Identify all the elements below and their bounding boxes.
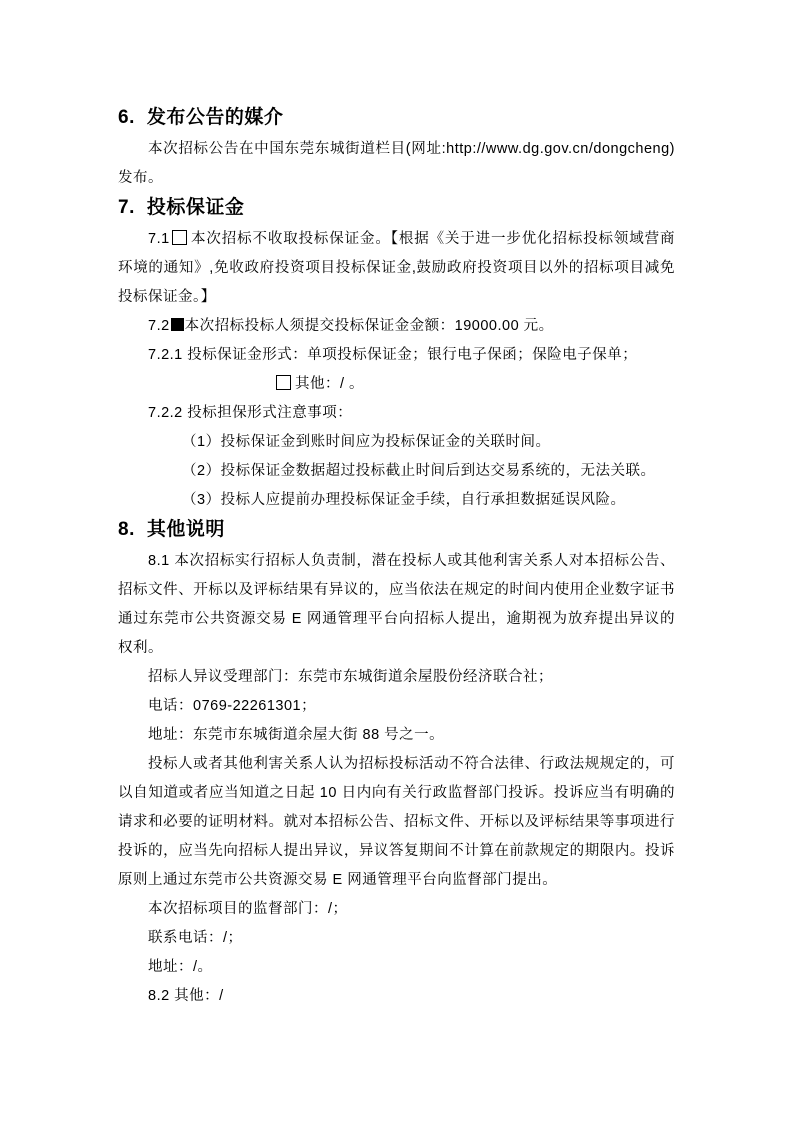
address-line: 地址：东莞市东城街道余屋大街 88 号之一。	[118, 721, 675, 750]
section-7-title: 投标保证金	[147, 197, 245, 218]
list-item-3: （3）投标人应提前办理投标保证金手续，自行承担数据延误风险。	[118, 486, 675, 515]
complaint-paragraph: 投标人或者其他利害关系人认为招标投标活动不符合法律、行政法规规定的，可以自知道或…	[118, 750, 675, 895]
section-7-number: 7.	[118, 197, 135, 218]
section-8-heading: 8.其他说明	[118, 515, 675, 545]
clause-8-2: 8.2 其他：/	[118, 982, 675, 1011]
phone-line: 电话：0769-22261301；	[118, 692, 675, 721]
clause-8-1: 8.1 本次招标实行招标人负责制，潜在投标人或其他利害关系人对本招标公告、招标文…	[118, 547, 675, 663]
clause-7-2-number: 7.2	[148, 318, 170, 334]
list-item-1: （1）投标保证金到账时间应为投标保证金的关联时间。	[118, 428, 675, 457]
contact-phone-line: 联系电话：/；	[118, 924, 675, 953]
list-item-2: （2）投标保证金数据超过投标截止时间后到达交易系统的，无法关联。	[118, 457, 675, 486]
section-8-number: 8.	[118, 519, 135, 540]
supervisor-department-line: 本次招标项目的监督部门：/；	[118, 895, 675, 924]
other-option-label: 其他：/ 。	[295, 376, 364, 392]
clause-7-1-text: 本次招标不收取投标保证金。【根据《关于进一步优化招标投标领域营商环境的通知》,免…	[118, 231, 675, 305]
clause-7-2-1: 7.2.1 投标保证金形式：单项投标保证金；银行电子保函；保险电子保单；	[118, 341, 675, 370]
section-7-heading: 7.投标保证金	[118, 193, 675, 223]
supervisor-address-line: 地址：/。	[118, 953, 675, 982]
section-6-title: 发布公告的媒介	[147, 107, 284, 128]
checkbox-unchecked-icon	[276, 375, 291, 390]
document-page: 6.发布公告的媒介 本次招标公告在中国东莞东城街道栏目(网址:http://ww…	[0, 0, 794, 1123]
section-6-heading: 6.发布公告的媒介	[118, 103, 675, 133]
section-6-paragraph: 本次招标公告在中国东莞东城街道栏目(网址:http://www.dg.gov.c…	[118, 135, 675, 193]
clause-7-2: 7.2本次招标投标人须提交投标保证金金额：19000.00 元。	[118, 312, 675, 341]
section-8-title: 其他说明	[147, 519, 225, 540]
checkbox-checked-filled-icon	[171, 318, 184, 331]
checkbox-unchecked-icon	[172, 230, 187, 245]
clause-7-2-2: 7.2.2 投标担保形式注意事项：	[118, 399, 675, 428]
other-option-line: 其他：/ 。	[118, 370, 675, 399]
section-6-number: 6.	[118, 107, 135, 128]
objection-department-line: 招标人异议受理部门：东莞市东城街道余屋股份经济联合社；	[118, 663, 675, 692]
clause-7-2-text: 本次招标投标人须提交投标保证金金额：19000.00 元。	[185, 318, 554, 334]
clause-7-1: 7.1本次招标不收取投标保证金。【根据《关于进一步优化招标投标领域营商环境的通知…	[118, 225, 675, 312]
clause-7-1-number: 7.1	[148, 231, 170, 247]
document-content: 6.发布公告的媒介 本次招标公告在中国东莞东城街道栏目(网址:http://ww…	[118, 103, 675, 1011]
